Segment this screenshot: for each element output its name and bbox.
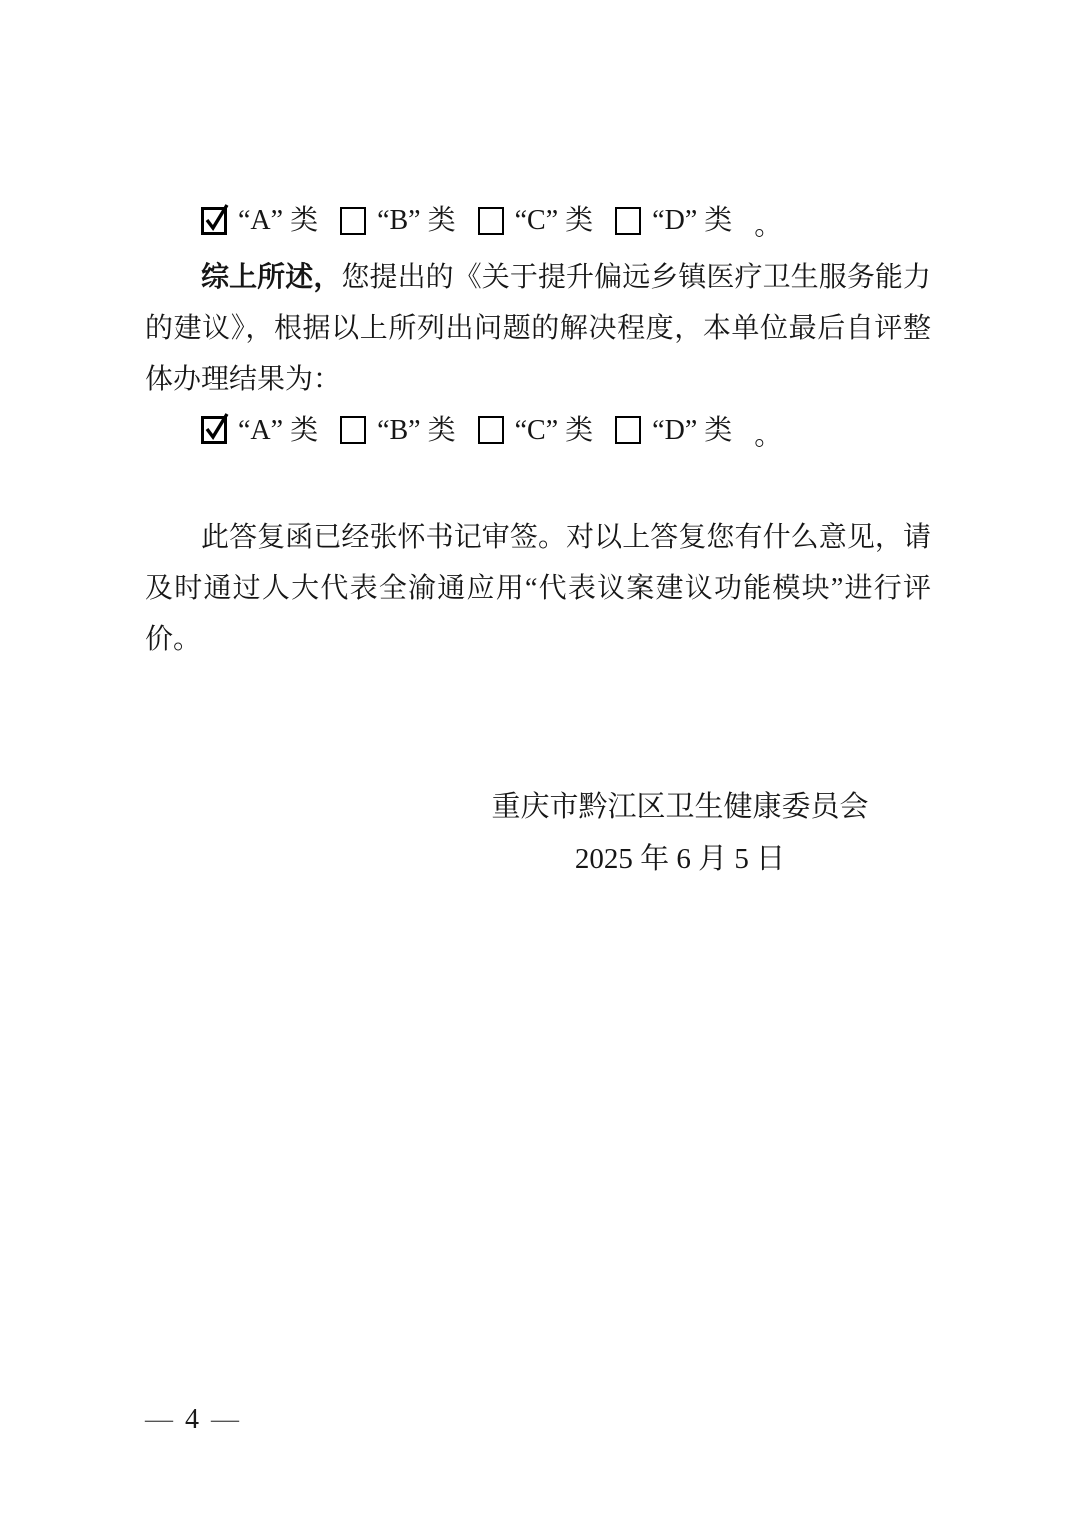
page-footer: —4— [145, 1402, 239, 1438]
review-paragraph: 此答复函已经张怀书记审签。对以上答复您有什么意见，请及时通过人大代表全渝通应用“… [145, 512, 931, 665]
classification-line-period: 。 [754, 420, 782, 451]
classification-line-bottom: “A” 类“B” 类“C” 类“D” 类。 [145, 405, 931, 462]
document-page: “A” 类“B” 类“C” 类“D” 类。 综上所述，您提出的《关于提升偏远乡镇… [0, 0, 1074, 1520]
classification-option-label: “C” 类 [515, 195, 594, 246]
checkbox-unchecked-icon [340, 416, 366, 444]
classification-option: “C” 类 [478, 195, 594, 246]
classification-option: “A” 类 [201, 195, 318, 246]
classification-option-label: “A” 类 [238, 195, 318, 246]
classification-option: “A” 类 [201, 405, 318, 456]
classification-option-label: “D” 类 [652, 195, 732, 246]
classification-line-period: 。 [754, 211, 782, 242]
classification-option-label: “C” 类 [515, 405, 594, 456]
classification-option: “B” 类 [340, 405, 456, 456]
signature-organization: 重庆市黔江区卫生健康委员会 [430, 781, 930, 833]
summary-lead-bold: 综上所述， [201, 262, 341, 293]
checkbox-unchecked-icon [478, 416, 504, 444]
checkbox-unchecked-icon [615, 207, 641, 235]
signature-date: 2025 年 6 月 5 日 [430, 833, 930, 885]
document-body: “A” 类“B” 类“C” 类“D” 类。 综上所述，您提出的《关于提升偏远乡镇… [145, 195, 931, 885]
footer-left-dash: — [145, 1404, 173, 1435]
classification-line-top: “A” 类“B” 类“C” 类“D” 类。 [145, 195, 931, 252]
classification-option-label: “B” 类 [377, 405, 456, 456]
signature-block: 重庆市黔江区卫生健康委员会 2025 年 6 月 5 日 [430, 781, 930, 885]
checkbox-checked-icon [201, 416, 227, 444]
classification-option-label: “B” 类 [377, 195, 456, 246]
checkbox-unchecked-icon [615, 416, 641, 444]
classification-option: “B” 类 [340, 195, 456, 246]
checkbox-unchecked-icon [340, 207, 366, 235]
classification-option: “D” 类 [615, 195, 732, 246]
footer-right-dash: — [211, 1404, 239, 1435]
checkbox-unchecked-icon [478, 207, 504, 235]
classification-option: “C” 类 [478, 405, 594, 456]
footer-page-number: 4 [173, 1404, 211, 1435]
classification-option-label: “D” 类 [652, 405, 732, 456]
summary-paragraph: 综上所述，您提出的《关于提升偏远乡镇医疗卫生服务能力的建议》，根据以上所列出问题… [145, 252, 931, 405]
classification-option: “D” 类 [615, 405, 732, 456]
checkbox-checked-icon [201, 207, 227, 235]
classification-option-label: “A” 类 [238, 405, 318, 456]
